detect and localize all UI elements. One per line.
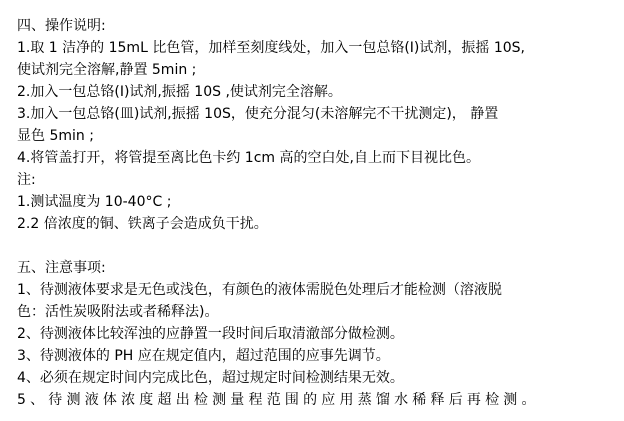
- caution-1-line-2: 色：活性炭吸附法或者稀释法)。: [17, 301, 617, 323]
- blank-line: [17, 235, 617, 257]
- document-body: 四、操作说明: 1.取 1 洁净的 15mL 比色管，加样至刻度线处，加入一包总…: [17, 15, 617, 411]
- section5-heading: 五、注意事项:: [17, 257, 617, 279]
- step-1-line-2: 使试剂完全溶解,静置 5min ;: [17, 59, 617, 81]
- step-1-line-1: 1.取 1 洁净的 15mL 比色管，加样至刻度线处，加入一包总铬(I)试剂，振…: [17, 37, 617, 59]
- note-1: 1.测试温度为 10-40°C ;: [17, 191, 617, 213]
- step-3-line-1: 3.加入一包总铬(皿)试剂,振摇 10S，使充分混匀(未溶解完不干扰测定)， 静…: [17, 103, 617, 125]
- note-2: 2.2 倍浓度的铜、铁离子会造成负干扰。: [17, 213, 617, 235]
- caution-3: 3、待测液体的 PH 应在规定值内，超过范围的应事先调节。: [17, 345, 617, 367]
- caution-5: 5、待测液体浓度超出检测量程范围的应用蒸馏水稀释后再检测。: [17, 389, 617, 411]
- caution-4: 4、必须在规定时间内完成比色，超过规定时间检测结果无效。: [17, 367, 617, 389]
- step-4: 4.将管盖打开，将管提至离比色卡约 1cm 高的空白处,自上而下目视比色。: [17, 147, 617, 169]
- caution-2: 2、待测液体比较浑浊的应静置一段时间后取清澈部分做检测。: [17, 323, 617, 345]
- step-3-line-2: 显色 5min ;: [17, 125, 617, 147]
- section4-heading: 四、操作说明:: [17, 15, 617, 37]
- step-2: 2.加入一包总铬(I)试剂,振摇 10S ,使试剂完全溶解。: [17, 81, 617, 103]
- caution-1-line-1: 1、待测液体要求是无色或浅色，有颜色的液体需脱色处理后才能检测（溶液脱: [17, 279, 617, 301]
- note-heading: 注:: [17, 169, 617, 191]
